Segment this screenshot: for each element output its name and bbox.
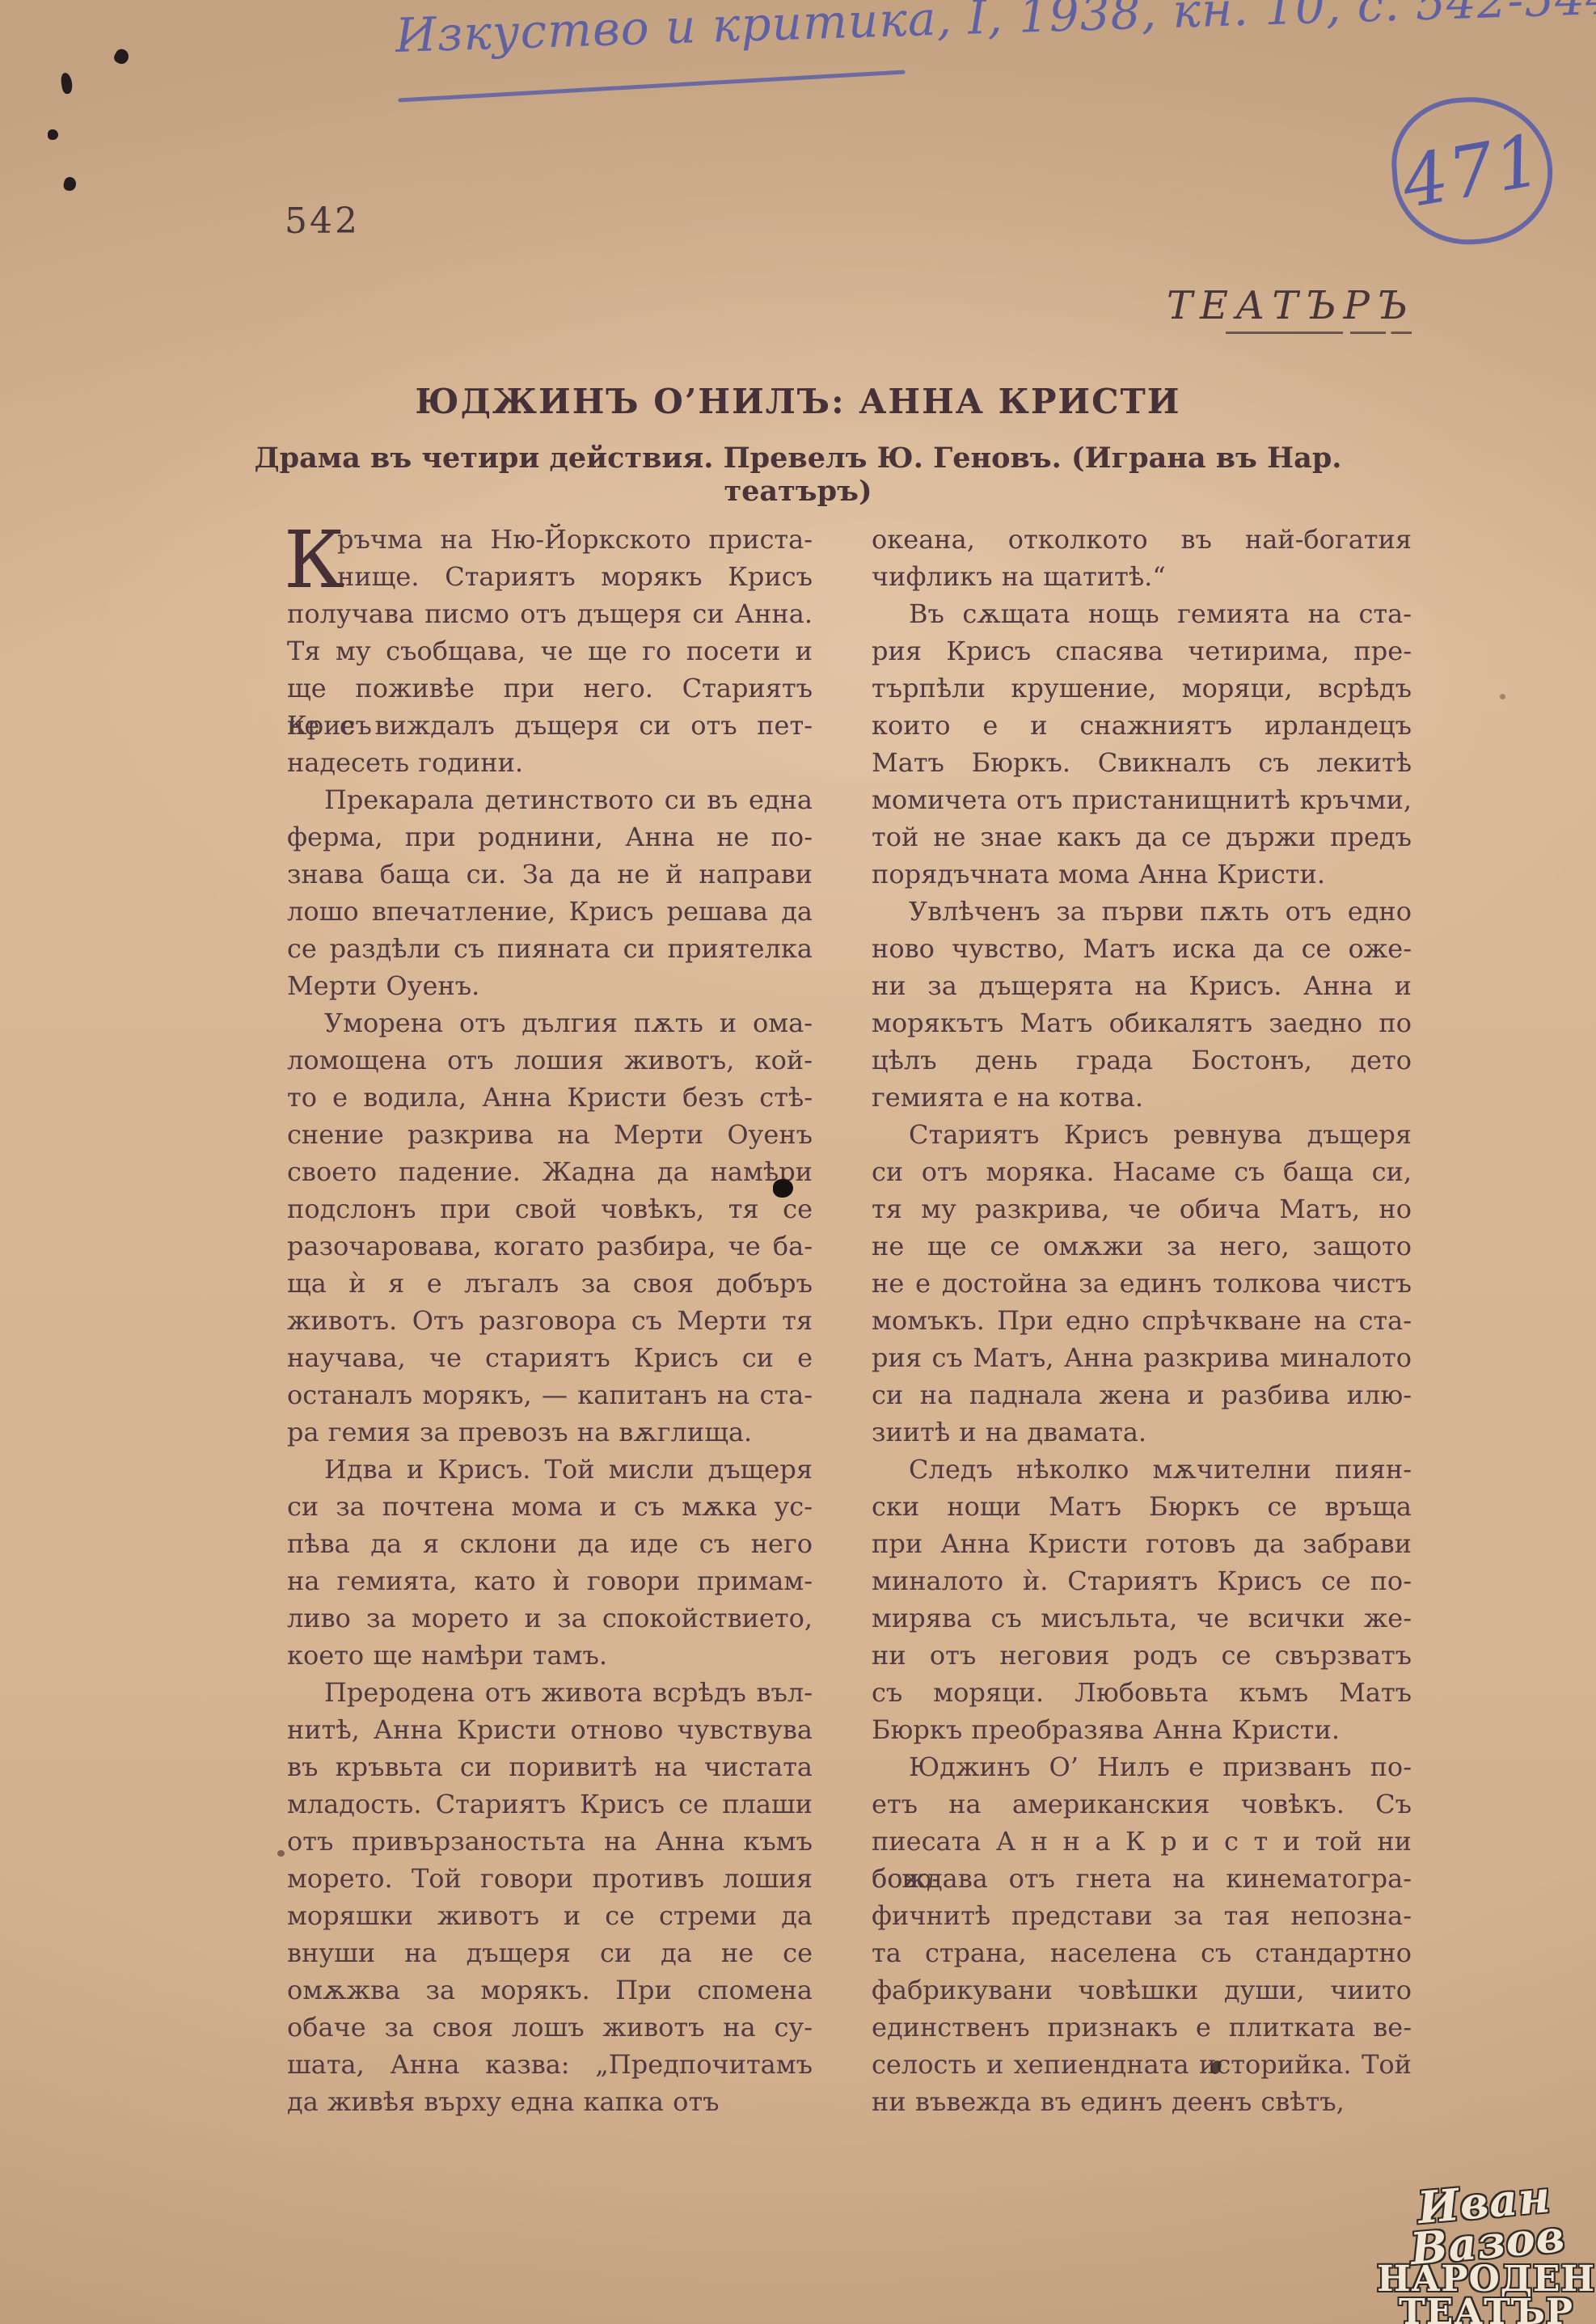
text-line: Мерти Оуенъ. xyxy=(287,967,813,1004)
text-line: ферма, при роднини, Анна не по- xyxy=(287,818,813,856)
text-line: внуши на дъщеря си да не се xyxy=(287,1934,813,1971)
text-line: порядъчната мома Анна Кристи. xyxy=(872,856,1412,893)
article-subtitle: Драма въ четири действия. Превелъ Ю. Ген… xyxy=(208,442,1388,508)
watermark-signature: Иван Вазов xyxy=(1362,2171,1596,2273)
text-line: при Анна Кристи готовъ да забрави xyxy=(872,1525,1412,1562)
right-column: океана, отколкото въ най-богатиячифликъ … xyxy=(872,521,1412,2120)
text-line: селость и хепиендната историйка. Той xyxy=(872,2046,1412,2083)
text-line: лошо впечатление, Крисъ решава да xyxy=(287,893,813,930)
text-line: Бюркъ преобразява Анна Кристи. xyxy=(872,1711,1412,1748)
paragraph: Прекарала детинството си въ еднаферма, п… xyxy=(287,781,813,1004)
paragraph: Уморена отъ дългия пѫть и ома-ломощена о… xyxy=(287,1004,813,1451)
text-line: фабрикувани човѣшки души, чиито xyxy=(872,1971,1412,2009)
text-line: ни за дъщерята на Крисъ. Анна и xyxy=(872,967,1412,1004)
text-line: зиитѣ и на двамата. xyxy=(872,1413,1412,1451)
paragraph: Следъ нѣколко мѫчителни пиян-ски нощи Ма… xyxy=(872,1451,1412,1748)
text-line: на гемията, като ѝ говори примам- xyxy=(287,1562,813,1599)
text-line: пиесата А н н а К р и с т и той ни осво- xyxy=(872,1823,1412,1860)
watermark-line2: ТЕАТЪР xyxy=(1365,2296,1596,2324)
text-line: които е и снажниятъ ирландецъ xyxy=(872,707,1412,744)
text-line: Идва и Крисъ. Той мисли дъщеря xyxy=(287,1451,813,1488)
paragraph: ръчма на Ню-Йоркското приста-нище. Стари… xyxy=(287,521,813,781)
text-line: рия Крисъ спасява четирима, пре- xyxy=(872,632,1412,670)
text-line: младость. Стариятъ Крисъ се плаши xyxy=(287,1785,813,1823)
text-line: ни въвежда въ единъ деенъ свѣтъ, xyxy=(872,2083,1412,2120)
text-line: разочаровава, когато разбира, че ба- xyxy=(287,1227,813,1265)
text-line: Прекарала детинството си въ една xyxy=(287,781,813,818)
text-line: цѣлъ день града Бостонъ, дето xyxy=(872,1042,1412,1079)
text-line: отъ привързаностьта на Анна къмъ xyxy=(287,1823,813,1860)
text-line: научава, че стариятъ Крисъ си е xyxy=(287,1339,813,1376)
text-line: ново чувство, Матъ иска да се оже- xyxy=(872,930,1412,967)
text-line: океана, отколкото въ най-богатия xyxy=(872,521,1412,558)
left-column: К ръчма на Ню-Йоркското приста-нище. Ста… xyxy=(287,521,813,2120)
text-line: ра гемия за превозъ на вѫглища. xyxy=(287,1413,813,1451)
text-line: ще поживѣе при него. Стариятъ Крисъ xyxy=(287,670,813,707)
text-line: търпѣли крушение, моряци, всрѣдъ xyxy=(872,670,1412,707)
text-line: си за почтена мома и съ мѫка ус- xyxy=(287,1488,813,1525)
section-header: ТЕАТЪРЪ xyxy=(1003,283,1415,328)
paragraph: Увлѣченъ за първи пѫть отъ едноново чувс… xyxy=(872,893,1412,1116)
text-line: не ще се омѫжи за него, защото xyxy=(872,1227,1412,1265)
ink-speck xyxy=(112,47,131,66)
handwritten-underline xyxy=(398,70,905,102)
text-line: мирява съ мисъльта, че всички же- xyxy=(872,1599,1412,1637)
text-line: въ кръвьта си поривитѣ на чистата xyxy=(287,1748,813,1785)
theater-watermark: Иван Вазов НАРОДЕН ТЕАТЪР xyxy=(1365,2182,1596,2324)
text-line: то е водила, Анна Кристи безъ стѣ- xyxy=(287,1079,813,1116)
section-header-rule xyxy=(1226,332,1412,334)
circled-number-value: 471 xyxy=(1395,117,1548,224)
text-line: ща ѝ я е лъгалъ за своя добъръ xyxy=(287,1265,813,1302)
text-line: чифликъ на щатитѣ.“ xyxy=(872,558,1412,595)
text-line: Матъ Бюркъ. Свикналъ съ лекитѣ xyxy=(872,744,1412,781)
text-line: животъ. Отъ разговора съ Мерти тя xyxy=(287,1302,813,1339)
article-title: ЮДЖИНЪ О’НИЛЪ: АННА КРИСТИ xyxy=(232,382,1364,421)
text-line: Стариятъ Крисъ ревнува дъщеря xyxy=(872,1116,1412,1153)
text-line: съ моряци. Любовьта къмъ Матъ xyxy=(872,1674,1412,1711)
ink-speck xyxy=(62,176,77,192)
text-line: подслонъ при свой човѣкъ, тя се xyxy=(287,1190,813,1227)
paragraph: Стариятъ Крисъ ревнува дъщеряси отъ моря… xyxy=(872,1116,1412,1451)
ink-speck xyxy=(48,129,58,140)
text-line: да живѣя върху една капка отъ xyxy=(287,2083,813,2120)
text-line: фичнитѣ представи за тая непозна- xyxy=(872,1897,1412,1934)
text-line: Юджинъ О’ Нилъ е призванъ по- xyxy=(872,1748,1412,1785)
text-line: обаче за своя лошъ животъ на су- xyxy=(287,2009,813,2046)
text-line: морето. Той говори противъ лошия xyxy=(287,1860,813,1897)
faint-ink-dot xyxy=(1500,694,1505,699)
text-line: ни отъ неговия родъ се свързватъ xyxy=(872,1637,1412,1674)
text-line: нище. Стариятъ морякъ Крисъ xyxy=(287,558,813,595)
text-line: бождава отъ гнета на кинематогра- xyxy=(872,1860,1412,1897)
text-line: морякътъ Матъ обикалятъ заедно по xyxy=(872,1004,1412,1042)
text-line: ливо за морето и за спокойствието, xyxy=(287,1599,813,1637)
text-line: ръчма на Ню-Йоркското приста- xyxy=(287,521,813,558)
text-line: получава писмо отъ дъщеря си Анна. xyxy=(287,595,813,632)
text-line: Тя му съобщава, че ще го посети и xyxy=(287,632,813,670)
text-line: Следъ нѣколко мѫчителни пиян- xyxy=(872,1451,1412,1488)
text-line: тя му разкрива, че обича Матъ, но xyxy=(872,1190,1412,1227)
paragraph: Въ сѫщата нощь гемията на ста-рия Крисъ … xyxy=(872,595,1412,893)
text-line: Въ сѫщата нощь гемията на ста- xyxy=(872,595,1412,632)
page-number: 542 xyxy=(285,201,360,242)
text-line: шата, Анна казва: „Предпочитамъ xyxy=(287,2046,813,2083)
paragraph: Идва и Крисъ. Той мисли дъщеряси за почт… xyxy=(287,1451,813,1674)
paragraph: Преродена отъ живота всрѣдъ въл-нитѣ, Ан… xyxy=(287,1674,813,2120)
text-line: миналото ѝ. Стариятъ Крисъ се по- xyxy=(872,1562,1412,1599)
text-line: момичета отъ пристанищнитѣ кръчми, xyxy=(872,781,1412,818)
text-line: си отъ моряка. Насаме съ баща си, xyxy=(872,1153,1412,1190)
text-line: Увлѣченъ за първи пѫть отъ едно xyxy=(872,893,1412,930)
handwritten-citation: Изкуство и критика, I, 1938, кн. 10, с. … xyxy=(395,0,1446,63)
text-line: рия съ Матъ, Анна разкрива миналото xyxy=(872,1339,1412,1376)
text-line: се раздѣли съ пияната си приятелка xyxy=(287,930,813,967)
scanned-page: Изкуство и критика, I, 1938, кн. 10, с. … xyxy=(0,0,1596,2324)
paragraph: океана, отколкото въ най-богатиячифликъ … xyxy=(872,521,1412,595)
margin-ink-dot xyxy=(277,1850,285,1857)
text-line: снение разкрива на Мерти Оуенъ xyxy=(287,1116,813,1153)
text-line: останалъ морякъ, — капитанъ на ста- xyxy=(287,1376,813,1413)
text-line: момъкъ. При едно спрѣчкване на ста- xyxy=(872,1302,1412,1339)
dropcap-letter: К xyxy=(284,521,344,599)
text-line: та страна, населена съ стандартно xyxy=(872,1934,1412,1971)
text-line: своето падение. Жадна да намѣри xyxy=(287,1153,813,1190)
text-line: ски нощи Матъ Бюркъ се връща xyxy=(872,1488,1412,1525)
paragraph: Юджинъ О’ Нилъ е призванъ по-етъ на амер… xyxy=(872,1748,1412,2120)
text-line: не е виждалъ дъщеря си отъ пет- xyxy=(287,707,813,744)
text-line: знава баща си. За да не й направи xyxy=(287,856,813,893)
text-line: гемията е на котва. xyxy=(872,1079,1412,1116)
text-line: моряшки животъ и се стреми да xyxy=(287,1897,813,1934)
text-line: етъ на американския човѣкъ. Съ xyxy=(872,1785,1412,1823)
text-line: нитѣ, Анна Кристи отново чувствува xyxy=(287,1711,813,1748)
text-line: единственъ признакъ е плитката ве- xyxy=(872,2009,1412,2046)
text-line: надесеть години. xyxy=(287,744,813,781)
text-line: си на паднала жена и разбива илю- xyxy=(872,1376,1412,1413)
text-line: пѣва да я склони да иде съ него xyxy=(287,1525,813,1562)
text-line: Уморена отъ дългия пѫть и ома- xyxy=(287,1004,813,1042)
text-line: Преродена отъ живота всрѣдъ въл- xyxy=(287,1674,813,1711)
text-line: ломощена отъ лошия животъ, кой- xyxy=(287,1042,813,1079)
circled-number: 471 xyxy=(1387,91,1557,249)
ink-speck xyxy=(60,72,73,95)
text-line: не е достойна за единъ толкова чистъ xyxy=(872,1265,1412,1302)
text-line: омѫжва за морякъ. При спомена xyxy=(287,1971,813,2009)
text-line: което ще намѣри тамъ. xyxy=(287,1637,813,1674)
text-line: той не знае какъ да се държи предъ xyxy=(872,818,1412,856)
